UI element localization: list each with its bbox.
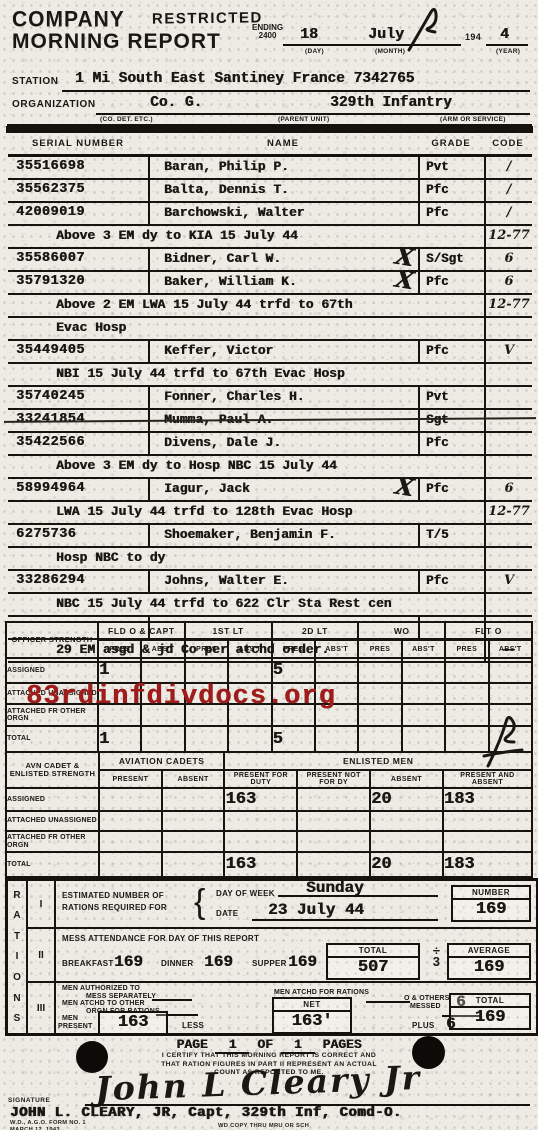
enlisted-strength-table: AVN CADET & ENLISTED STRENGTHAVIATION CA… [5,751,533,878]
enlisted-cell [443,811,532,831]
enlisted-subcol-header: PRESENT FOR DUTY [224,770,297,788]
enlisted-row: ATTACHED FR OTHER ORGN [6,831,532,852]
officer-group-header: 1ST LT [185,622,272,640]
officer-subcol-header: PRES [98,640,141,658]
dinner-value: 169 [204,953,233,971]
average-box: AVERAGE 169 [447,943,531,980]
officer-cell [402,683,445,704]
enlisted-row-label: ATTACHED FR OTHER ORGN [6,831,99,852]
roster-code-handwritten: / [484,180,532,201]
officer-cell [445,683,488,704]
enlisted-cell [224,811,297,831]
of-label: OF [257,1037,273,1052]
roster-row: 35791320Baker, William K.XPfc6 [8,272,532,295]
officer-subcol-header: PRES [445,640,488,658]
enlisted-strength-head: AVN CADET & ENLISTED STRENGTHAVIATION CA… [6,752,532,788]
number-box: NUMBER 169 [451,885,531,922]
roster-serial: 35449405 [8,341,148,362]
enlisted-cell [297,811,370,831]
officer-subcol-header: ABS'T [489,640,532,658]
rations-vertical-label: RATIONS [8,881,28,1033]
roster-serial: 35740245 [8,387,148,408]
roster-name: Divens, Dale J. [148,433,418,454]
rations-letter: A [13,910,20,921]
pages-label: PAGES [323,1037,362,1052]
dinner-label: DINNER [161,959,193,968]
officer-subcol-header: PRES [358,640,401,658]
officer-cell [489,658,532,683]
enlisted-cell [99,831,162,852]
roster-code-handwritten: 12-77 [484,295,532,316]
enlisted-subcol-header: PRESENT AND ABSENT [443,770,532,788]
year-sublabel: (YEAR) [496,48,520,55]
enlisted-row: ATTACHED UNASSIGNED [6,811,532,831]
enlisted-strength-header: AVN CADET & ENLISTED STRENGTH [6,752,99,788]
enlisted-cell [224,831,297,852]
roster-row: 33286294Johns, Walter E.PfcV [8,571,532,594]
ration-date-label: DATE [216,909,238,918]
plus-value: 6 [446,1015,456,1033]
date-month: July [368,26,404,43]
officer-cell [358,683,401,704]
roster-name: Bidner, Carl W.X [148,249,418,270]
officer-cell [315,658,358,683]
plus-label: PLUS [412,1021,435,1030]
roster-grade: S/Sgt [418,249,484,270]
officer-cell [489,683,532,704]
rations-section: RATIONS I ESTIMATED NUMBER OF RATIONS RE… [5,878,538,1036]
roster-grade: Pfc [418,180,484,201]
roster-code-handwritten [484,318,532,339]
mess-total-value: 507 [328,958,418,978]
org-sublabel-co: (CO. DET. ETC.) [100,116,153,123]
form-reference: W.D., A.G.O. FORM NO. 1 MARCH 12, 1943 [10,1120,86,1130]
roster-row: 35562375Balta, Dennis T.Pfc/ [8,180,532,203]
enlisted-cell: 183 [443,852,532,877]
roster-grade: Pfc [418,341,484,362]
roster-code-handwritten [484,364,532,385]
rations-numeral-2: II [28,929,56,983]
enlisted-row-label: ASSIGNED [6,788,99,811]
officer-cell [402,704,445,726]
rations-total-label: TOTAL [451,995,529,1008]
enlisted-cell [370,831,443,852]
roster-body: 35516698Baran, Philip P.Pvt/35562375Balt… [8,157,532,663]
roster-note-row: Above 3 EM dy to Hosp NBC 15 July 44 [8,456,532,479]
year-prefix: 194 [465,32,481,42]
roster-code-handwritten [484,433,532,454]
officer-cell [358,658,401,683]
roster-code-handwritten: V [484,571,532,592]
roster-name: Iagur, JackX [148,479,418,500]
rations-numeral-3: III [28,983,56,1033]
org-sublabel-arm: (ARM OR SERVICE) [440,116,506,123]
signature-label: SIGNATURE [8,1097,50,1104]
officer-group-header: FLT O [445,622,532,640]
roster-serial: 35791320 [8,272,148,293]
roster-note-text: Evac Hosp [8,318,484,339]
officer-subcol-header: ABS'T [402,640,445,658]
ration-date-value: 23 July 44 [268,901,364,919]
officer-group-header: 2D LT [272,622,359,640]
roster-note-text: Above 3 EM dy to KIA 15 July 44 [8,226,484,247]
roster-code-handwritten: 12-77 [484,502,532,523]
officer-subcol-header: ABS'T [228,640,271,658]
roster-grade: Pfc [418,479,484,500]
roster-row: 35516698Baran, Philip P.Pvt/ [8,157,532,180]
pen-flourish-mark [478,712,528,770]
day-sublabel: (DAY) [305,48,324,55]
col-serial-number: SERIAL NUMBER [8,134,148,154]
rations-row-1: ESTIMATED NUMBER OF RATIONS REQUIRED FOR… [56,881,536,929]
officer-row-label: TOTAL [6,726,98,752]
roster-serial: 42009019 [8,203,148,224]
roster-grade: Pfc [418,433,484,454]
enlisted-cell [370,811,443,831]
enlisted-cell [297,788,370,811]
roster-code-handwritten [484,456,532,477]
number-value: 169 [453,900,529,920]
roster-note-text: NBC 15 July 44 trfd to 622 Clr Sta Rest … [8,594,484,615]
roster-code-handwritten: V [484,341,532,362]
roster-name: Johns, Walter E. [148,571,418,592]
brace-icon: { [194,883,205,922]
number-label: NUMBER [453,887,529,900]
enlisted-cell: 20 [370,788,443,811]
enlisted-cell [99,788,162,811]
roster-note-text: Hosp NBC to dy [8,548,484,569]
aviation-cadets-header: AVIATION CADETS [99,752,224,770]
month-sublabel: (MONTH) [375,48,405,55]
officer-strength-header: OFFICER STRENGTH [6,622,98,658]
officer-cell [402,726,445,752]
roster-row: 58994964Iagur, JackXPfc6 [8,479,532,502]
roster-row: 35740245Fonner, Charles H.Pvt [8,387,532,410]
roster-header-row: SERIAL NUMBER NAME GRADE CODE [8,134,532,157]
others-label-1: O & OTHERS [404,995,450,1003]
atchd-other-label-1: MEN ATCHD TO OTHER [62,1000,145,1008]
enlisted-cell [99,811,162,831]
officer-row: ASSIGNED15 [6,658,532,683]
x-pen-mark: X [394,272,416,293]
enlisted-row: ASSIGNED16320183 [6,788,532,811]
officer-cell [228,658,271,683]
officer-group-header: WO [358,622,445,640]
roster-note-text: LWA 15 July 44 trfd to 128th Evac Hosp [8,502,484,523]
roster-grade: T/5 [418,525,484,546]
mess-attendance-label: MESS ATTENDANCE FOR DAY OF THIS REPORT [62,934,259,943]
enlisted-cell [297,852,370,877]
col-name: NAME [148,134,418,154]
restricted-stamp: RESTRICTED [152,9,263,27]
roster-note-row: Hosp NBC to dy [8,548,532,571]
rations-letter: T [14,931,20,942]
dow-underline [278,895,438,897]
roster-code-handwritten: 6 [484,272,532,293]
rations-letter: S [14,1013,21,1024]
estimated-label-2: RATIONS REQUIRED FOR [62,903,167,912]
officer-strength-head: OFFICER STRENGTHFLD O & CAPT1ST LT2D LTW… [6,622,532,658]
average-label: AVERAGE [449,945,529,958]
rations-letter: O [13,972,21,983]
roster-note-text: Above 2 EM LWA 15 July 44 trfd to 67th [8,295,484,316]
roster-code-handwritten [484,548,532,569]
officer-cell: 5 [272,658,315,683]
watermark: 83rdinfdivdocs.org [26,682,336,712]
enlisted-cell [162,788,225,811]
enlisted-cell [297,831,370,852]
enlisted-row: TOTAL16320183 [6,852,532,877]
col-grade: GRADE [418,134,484,154]
organization-label: ORGANIZATION [12,99,96,110]
org-sublabel-parent: (PARENT UNIT) [278,116,329,123]
roster-row: 35586007Bidner, Carl W.XS/Sgt6 [8,249,532,272]
officer-cell [358,726,401,752]
others-label-2: MESSED [410,1003,441,1011]
breakfast-label: BREAKFAST [62,959,114,968]
roster-code-handwritten [484,387,532,408]
roster-note-row: Evac Hosp [8,318,532,341]
roster-code-handwritten: 6 [484,249,532,270]
station-underline [62,90,530,92]
roster-name: Keffer, Victor [148,341,418,362]
date-year: 4 [500,26,509,43]
roster-table: SERIAL NUMBER NAME GRADE CODE 35516698Ba… [8,134,532,663]
x-pen-mark: X [394,479,416,500]
roster-row: 6275736Shoemaker, Benjamin F.T/5 [8,525,532,548]
roster-row: 42009019Barchowski, WalterPfc/ [8,203,532,226]
rations-row-2: MESS ATTENDANCE FOR DAY OF THIS REPORT B… [56,929,536,983]
section-divider-bar [6,126,533,133]
ending-2400-label: ENDING 2400 [252,24,283,40]
roster-code-handwritten: / [484,203,532,224]
enlisted-head-row-1: AVN CADET & ENLISTED STRENGTHAVIATION CA… [6,752,532,770]
day-of-week-label: DAY OF WEEK [216,889,275,898]
officer-cell: 5 [272,726,315,752]
rations-numeral-1: I [28,881,56,929]
col-code: CODE [484,134,532,154]
men-present-value: 163 [100,1013,166,1033]
company-title: COMPANY [12,7,125,32]
roster-name: Balta, Dennis T. [148,180,418,201]
men-present-box: 163 [98,1011,168,1033]
officer-cell [185,726,228,752]
distribution-note: WD COPY THRU MRU OR SCH [218,1123,309,1130]
roster-grade: Sgt [418,410,484,431]
men-present-label-2: PRESENT [58,1023,92,1031]
breakfast-value: 169 [114,953,143,971]
roster-name: Baker, William K.X [148,272,418,293]
officer-subcol-header: PRES [185,640,228,658]
rations-letter: N [13,993,20,1004]
date-underline2 [252,919,438,921]
roster-note-text: NBI 15 July 44 trfd to 67th Evac Hosp [8,364,484,385]
roster-name: Mumma, Paul A. [148,410,418,431]
rations-total-box: TOTAL 169 [449,993,531,1030]
enlisted-cell [162,811,225,831]
roster-serial: 58994964 [8,479,148,500]
roster-grade: Pvt [418,157,484,178]
officer-cell [185,658,228,683]
enlisted-cell [162,852,225,877]
cadet-subcol-header: PRESENT [99,770,162,788]
roster-note-row: NBC 15 July 44 trfd to 622 Clr Sta Rest … [8,594,532,617]
roster-note-row: NBI 15 July 44 trfd to 67th Evac Hosp [8,364,532,387]
enlisted-subcol-header: PRESENT NOT FOR DY [297,770,370,788]
roster-row: 35449405Keffer, VictorPfcV [8,341,532,364]
average-value: 169 [449,958,529,978]
roster-serial: 33241854 [8,410,148,431]
officer-cell [315,726,358,752]
atchd-for-rations-label: MEN ATCHD FOR RATIONS [274,989,369,997]
roster-grade: Pvt [418,387,484,408]
morning-report-document: COMPANY RESTRICTED MORNING REPORT ENDING… [0,0,538,1130]
x-pen-mark: X [394,249,416,270]
officer-cell [358,704,401,726]
officer-row-label: ASSIGNED [6,658,98,683]
mess-total-box: TOTAL 507 [326,943,420,980]
roster-row: 35422566Divens, Dale J.Pfc [8,433,532,456]
morning-report-title: MORNING REPORT [12,30,221,54]
roster-code-handwritten [484,410,532,431]
rations-letter: I [16,951,19,962]
year-underline [486,44,528,46]
roster-serial: 6275736 [8,525,148,546]
pen-stray-mark [405,6,447,52]
roster-note-text: Above 3 EM dy to Hosp NBC 15 July 44 [8,456,484,477]
roster-serial: 35586007 [8,249,148,270]
officer-row: TOTAL15 [6,726,532,752]
enlisted-cell: 183 [443,788,532,811]
roster-note-row: Above 3 EM dy to KIA 15 July 4412-77 [8,226,532,249]
roster-name: Baran, Philip P. [148,157,418,178]
roster-note-row: LWA 15 July 44 trfd to 128th Evac Hosp12… [8,502,532,525]
officer-cell [228,726,271,752]
roster-note-row: Above 2 EM LWA 15 July 44 trfd to 67th12… [8,295,532,318]
enlisted-cell [99,852,162,877]
station-value: 1 Mi South East Santiney France 7342765 [75,71,414,87]
roster-serial: 35422566 [8,433,148,454]
organization-underline [96,113,530,115]
date-day: 18 [300,26,318,43]
estimated-label-1: ESTIMATED NUMBER OF [62,891,164,900]
net-value: 163' [274,1012,350,1032]
supper-label: SUPPER [252,959,287,968]
roster-serial: 33286294 [8,571,148,592]
officer-subcol-header: PRES [272,640,315,658]
enlisted-cell: 163 [224,852,297,877]
officer-head-row-1: OFFICER STRENGTHFLD O & CAPT1ST LT2D LTW… [6,622,532,640]
officer-cell: 1 [98,726,141,752]
roster-serial: 35516698 [8,157,148,178]
roster-code-handwritten: / [484,157,532,178]
mess-total-label: TOTAL [328,945,418,958]
officer-cell: 1 [98,658,141,683]
roster-grade: Pfc [418,571,484,592]
officer-subcol-header: ABS'T [141,640,184,658]
roster-name: Barchowski, Walter [148,203,418,224]
officer-cell [141,658,184,683]
page-label: PAGE [176,1037,207,1052]
net-box: NET 163' [272,997,352,1033]
roster-name: Fonner, Charles H. [148,387,418,408]
roster-code-handwritten: 6 [484,479,532,500]
roster-grade: Pfc [418,272,484,293]
mess-sep-label-1: MEN AUTHORIZED TO [62,985,140,993]
enlisted-cell: 163 [224,788,297,811]
enlisted-cell [443,831,532,852]
less-label: LESS [182,1021,204,1030]
supper-value: 169 [288,953,317,971]
organization-unit: 329th Infantry [330,95,452,111]
enlisted-row-label: TOTAL [6,852,99,877]
mess-sep-blank [152,991,192,1001]
enlisted-strength-body: ASSIGNED16320183ATTACHED UNASSIGNEDATTAC… [6,788,532,877]
officer-cell [402,658,445,683]
roster-grade: Pfc [418,203,484,224]
typed-signature: JOHN L. CLEARY, JR, Capt, 329th Inf, Com… [10,1105,402,1121]
net-label: NET [274,999,350,1012]
rations-row-3: MEN AUTHORIZED TO MESS SEPARATELY MEN AT… [56,983,536,1033]
enlisted-subcol-header: ABSENT [370,770,443,788]
roster-code-handwritten: 12-77 [484,226,532,247]
enlisted-cell [162,831,225,852]
roster-serial: 35562375 [8,180,148,201]
station-label: STATION [12,76,59,87]
officer-cell [141,726,184,752]
roster-row: 33241854Mumma, Paul A.Sgt [8,410,532,433]
roster-code-handwritten [484,525,532,546]
roster-name: Shoemaker, Benjamin F. [148,525,418,546]
rations-letter: R [13,890,20,901]
rations-total-value: 169 [451,1008,529,1028]
cadet-subcol-header: ABSENT [162,770,225,788]
roster-code-handwritten [484,594,532,615]
officer-group-header: FLD O & CAPT [98,622,185,640]
enlisted-cell: 20 [370,852,443,877]
enlisted-row-label: ATTACHED UNASSIGNED [6,811,99,831]
officer-subcol-header: ABS'T [315,640,358,658]
divide-symbol: ÷ 3 [433,945,440,967]
organization-value: Co. G. [150,95,202,111]
officer-cell [445,658,488,683]
men-present-label-1: MEN [62,1015,78,1023]
